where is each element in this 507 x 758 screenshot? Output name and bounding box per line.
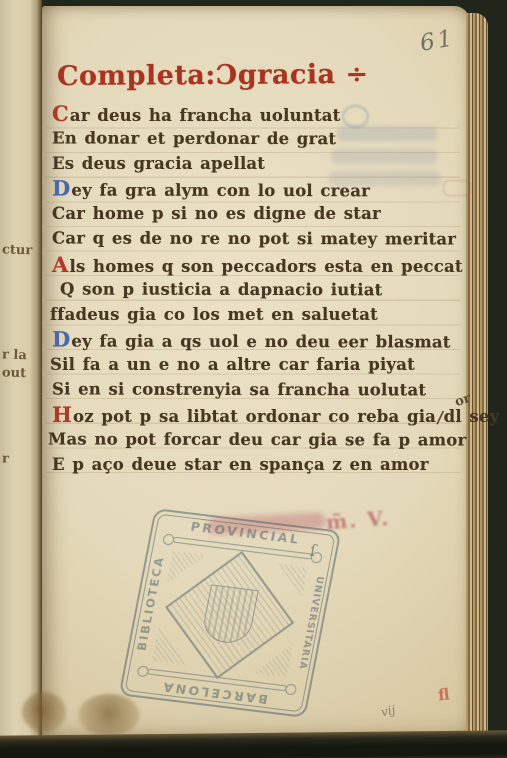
verse-text: ey fa gia a qs uol e no deu eer blasmat [71, 331, 450, 351]
gutter-text-fragment: out [2, 365, 39, 381]
parchment-stain [78, 694, 140, 736]
library-stamp: PROVINCIAL BIBLIOTECA UNIVERSITARIA BARC… [119, 508, 342, 718]
gutter-text-fragment: ctur [2, 242, 39, 258]
text-lines: Car deus ha francha uoluntatEn donar et … [52, 101, 476, 477]
verse-text: Car home p si no es digne de star [52, 204, 381, 223]
verse-line: Sil fa a un e no a altre car faria piyat [50, 352, 476, 377]
verse-text: Car q es de no re no pot si matey merita… [52, 229, 456, 249]
decorated-initial: D [52, 176, 70, 201]
verse-text: Sil fa a un e no a altre car faria piyat [50, 355, 415, 374]
decorated-initial: D [52, 326, 70, 351]
quire-signature: vij [380, 703, 397, 720]
verse-line: Car deus ha francha uoluntat [52, 101, 476, 126]
verse-line: Hoz pot p sa libtat ordonar co reba gia … [52, 402, 476, 427]
red-corner-mark: fl [437, 684, 451, 704]
verse-line: Dey fa gra alym con lo uol crear [52, 176, 476, 202]
verse-line: ffadeus gia co los met en saluetat [50, 302, 476, 327]
gutter-text-fragment: r [2, 451, 39, 467]
verse-line: Car home p si no es digne de star [52, 201, 476, 226]
verse-text: E p aço deue star en spança z en amor [52, 455, 429, 474]
background-bottom [0, 730, 507, 758]
verse-line: Si en si constrenyia sa francha uolutat [52, 376, 476, 402]
parchment-stain [22, 692, 66, 732]
verse-text: Es deus gracia apellat [52, 154, 265, 173]
decorated-initial: A [52, 252, 69, 277]
gutter-text-fragment: r la [2, 347, 39, 363]
verse-line: Dey fa gia a qs uol e no deu eer blasmat [52, 326, 476, 352]
verse-line: Mas no pot forcar deu car gia se fa p am… [48, 427, 476, 453]
verse-text: ffadeus gia co los met en saluetat [50, 305, 378, 324]
verse-line: Es deus gracia apellat [52, 151, 476, 176]
verse-text: En donar et perdonar de grat [52, 129, 336, 149]
verse-line: Car q es de no re no pot si matey merita… [52, 226, 476, 252]
verse-text: Mas no pot forcar deu car gia se fa p am… [48, 430, 466, 450]
verse-text: ar deus ha francha uoluntat [70, 106, 341, 125]
verse-line: E p aço deue star en spança z en amor [52, 452, 476, 477]
verse-text: Q son p iusticia a dapnacio iutiat [60, 279, 383, 299]
verse-text: Si en si constrenyia sa francha uolutat [52, 379, 426, 399]
verse-line: Als homes q son peccadors esta en peccat [52, 252, 476, 277]
decorated-initial: H [52, 402, 72, 427]
decorated-initial: C [52, 101, 69, 126]
verse-text: ey fa gra alym con lo uol crear [71, 181, 370, 201]
manuscript-scan: 61 Completa:Ɔgracia ÷ Car deus ha franch… [0, 0, 507, 758]
verse-text: ls homes q son peccadors esta en peccat [70, 257, 463, 276]
rubric-title: Completa:Ɔgracia ÷ [57, 59, 369, 92]
verse-line: Q son p iusticia a dapnacio iutiat [60, 276, 476, 302]
verse-line: En donar et perdonar de grat [52, 126, 476, 152]
